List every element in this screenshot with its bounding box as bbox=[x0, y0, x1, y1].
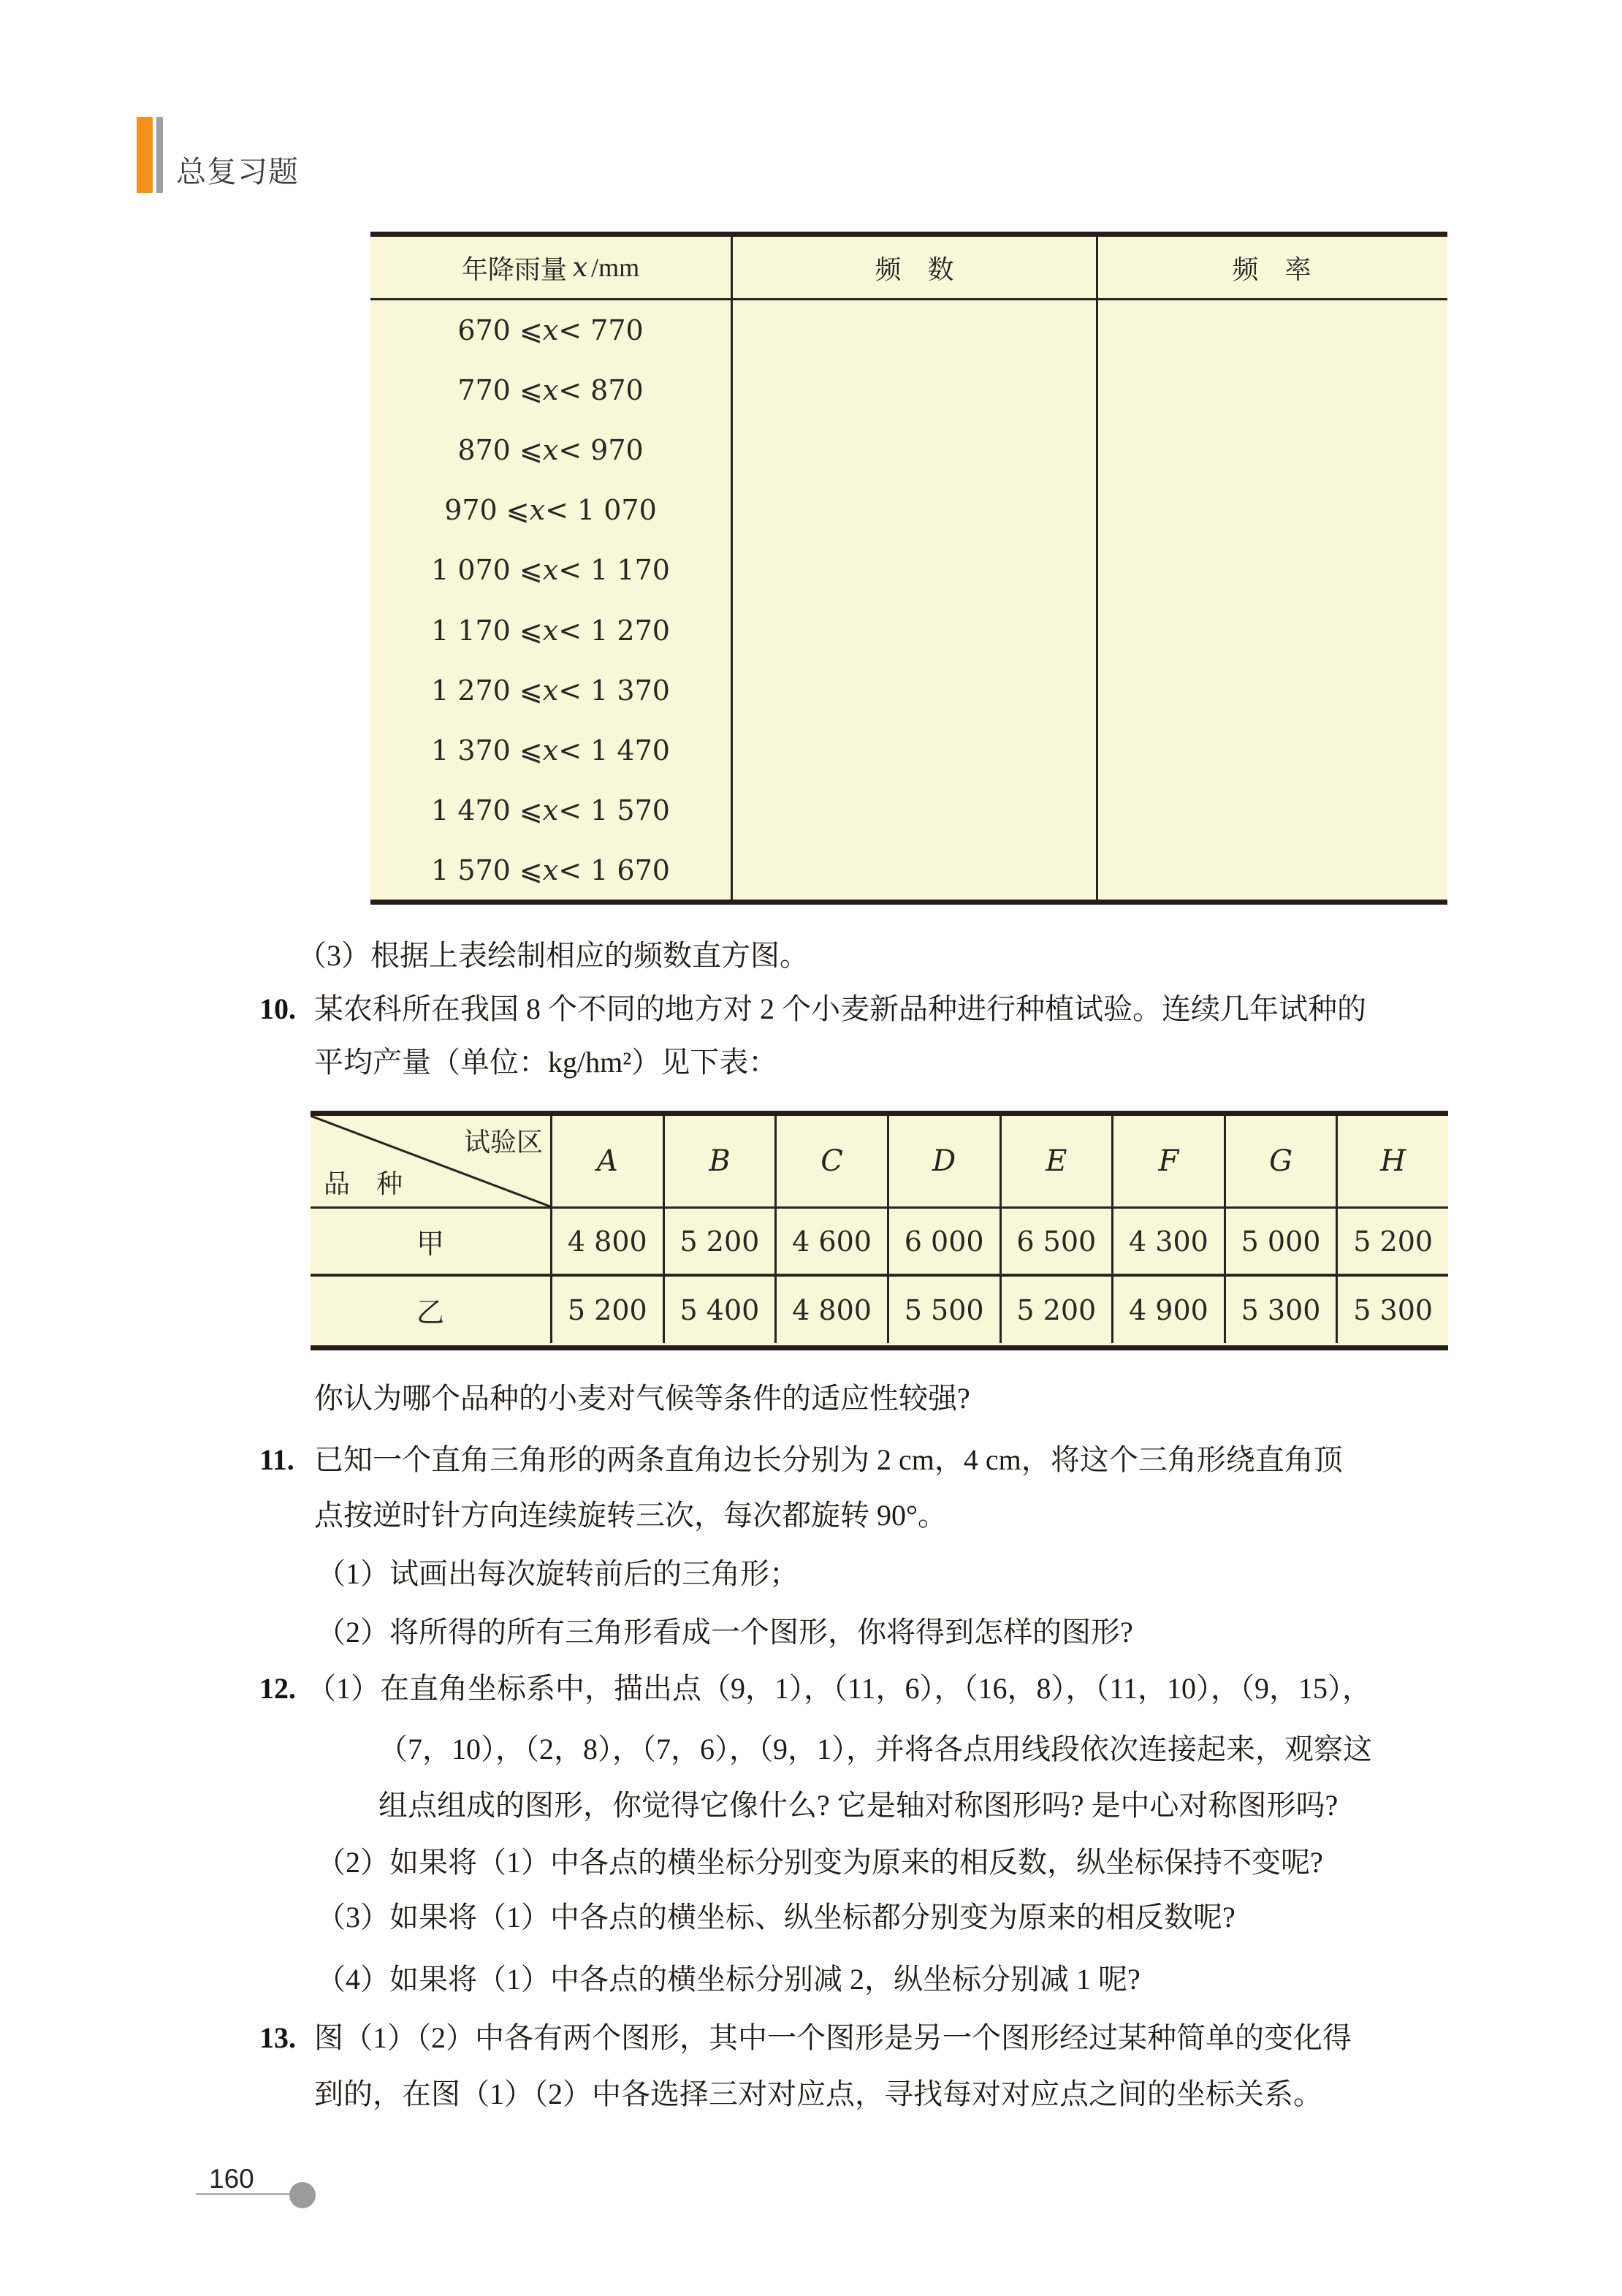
problem-12-sub3: （3）如果将（1）中各点的横坐标、纵坐标都分别变为原来的相反数呢? bbox=[316, 1899, 1235, 1936]
rainfall-frequency-table: 年降雨量x/mm 频 数 频 率 670 ⩽ x < 770 770 ⩽ x <… bbox=[370, 232, 1447, 905]
rainfall-range-cell: 670 ⩽ x < 770 bbox=[370, 300, 731, 360]
frequency-count-cell-empty bbox=[731, 540, 1096, 600]
wheat-yield-table: 试验区 品 种 A B C D E F G H 甲 4 800 5 200 4 … bbox=[311, 1111, 1448, 1350]
frequency-rate-cell-empty bbox=[1096, 540, 1445, 600]
diagonal-corner-cell: 试验区 品 种 bbox=[311, 1116, 550, 1206]
frequency-count-header-cell: 频 数 bbox=[731, 237, 1096, 298]
rainfall-header-label: 年降雨量 bbox=[462, 249, 567, 286]
yield-cell: 5 200 bbox=[550, 1277, 663, 1343]
frequency-rate-cell-empty bbox=[1096, 661, 1445, 721]
rainfall-table-header-row: 年降雨量x/mm 频 数 频 率 bbox=[370, 237, 1447, 300]
column-letter-E: E bbox=[1000, 1116, 1112, 1206]
yield-cell: 5 200 bbox=[1336, 1209, 1448, 1274]
item3-tag: （3） bbox=[297, 939, 370, 972]
variety-name-cell: 乙 bbox=[311, 1277, 550, 1343]
problem-10-line2: 平均产量（单位：kg/hm²）见下表： bbox=[314, 1044, 777, 1081]
rainfall-range-cell: 1 070 ⩽ x < 1 170 bbox=[370, 540, 731, 600]
rainfall-header-unit: /mm bbox=[591, 252, 639, 283]
column-letter-H: H bbox=[1336, 1116, 1448, 1206]
frequency-rate-cell-empty bbox=[1096, 420, 1445, 480]
rainfall-range-cell: 770 ⩽ x < 870 bbox=[370, 360, 731, 420]
frequency-count-cell-empty bbox=[731, 480, 1096, 540]
frequency-rate-cell-empty bbox=[1096, 360, 1445, 420]
problem-11-number: 11. bbox=[259, 1442, 294, 1478]
rainfall-header-cell: 年降雨量x/mm bbox=[370, 237, 731, 298]
yield-cell: 6 500 bbox=[1000, 1209, 1112, 1274]
yield-cell: 6 000 bbox=[887, 1209, 1000, 1274]
table-row: 870 ⩽ x < 970 bbox=[370, 420, 1447, 480]
problem-12-line3: 组点组成的图形，你觉得它像什么? 它是轴对称图形吗? 是中心对称图形吗? bbox=[378, 1787, 1338, 1824]
problem-11-line1: 已知一个直角三角形的两条直角边长分别为 2 cm，4 cm，将这个三角形绕直角顶 bbox=[314, 1442, 1343, 1478]
table-row: 1 570 ⩽ x < 1 670 bbox=[370, 840, 1447, 900]
page-title: 总复习题 bbox=[176, 154, 299, 189]
yield-cell: 4 800 bbox=[550, 1209, 663, 1274]
header-accent-gray-bar bbox=[156, 117, 163, 193]
yield-cell: 5 000 bbox=[1224, 1209, 1336, 1274]
rainfall-range-cell: 1 170 ⩽ x < 1 270 bbox=[370, 600, 731, 660]
frequency-count-cell-empty bbox=[731, 840, 1096, 900]
yield-cell: 5 300 bbox=[1224, 1277, 1336, 1343]
column-letter-A: A bbox=[550, 1116, 663, 1206]
column-letter-C: C bbox=[774, 1116, 887, 1206]
rainfall-range-cell: 970 ⩽ x < 1 070 bbox=[370, 480, 731, 540]
corner-label-test-area: 试验区 bbox=[464, 1122, 543, 1159]
table-row: 1 170 ⩽ x < 1 270 bbox=[370, 600, 1447, 660]
problem-11-sub2: （2）将所得的所有三角形看成一个图形，你将得到怎样的图形? bbox=[316, 1614, 1133, 1651]
problem-12-sub4: （4）如果将（1）中各点的横坐标分别减 2，纵坐标分别减 1 呢? bbox=[316, 1961, 1141, 1998]
problem-13-line1: 图（1）（2）中各有两个图形，其中一个图形是另一个图形经过某种简单的变化得 bbox=[314, 2020, 1352, 2056]
table-row: 770 ⩽ x < 870 bbox=[370, 360, 1447, 420]
textbook-page: 总复习题 年降雨量x/mm 频 数 频 率 670 ⩽ x < 770 770 … bbox=[0, 0, 1622, 2296]
rainfall-range-cell: 1 570 ⩽ x < 1 670 bbox=[370, 840, 731, 900]
problem-12-line1: （1）在直角坐标系中，描出点（9，1），（11，6），（16，8），（11，10… bbox=[307, 1670, 1371, 1707]
problem-12-number: 12. bbox=[259, 1670, 296, 1707]
variety-name-cell: 甲 bbox=[311, 1209, 550, 1274]
frequency-count-cell-empty bbox=[731, 600, 1096, 660]
rainfall-range-cell: 1 370 ⩽ x < 1 470 bbox=[370, 721, 731, 780]
frequency-count-cell-empty bbox=[731, 721, 1096, 780]
frequency-rate-cell-empty bbox=[1096, 480, 1445, 540]
rainfall-range-cell: 1 470 ⩽ x < 1 570 bbox=[370, 780, 731, 840]
frequency-count-cell-empty bbox=[731, 420, 1096, 480]
yield-cell: 4 900 bbox=[1111, 1277, 1224, 1343]
frequency-count-cell-empty bbox=[731, 300, 1096, 360]
problem-10-line1: 某农科所在我国 8 个不同的地方对 2 个小麦新品种进行种植试验。连续几年试种的 bbox=[314, 991, 1366, 1027]
yield-cell: 5 300 bbox=[1336, 1277, 1448, 1343]
variety-jia-row: 甲 4 800 5 200 4 600 6 000 6 500 4 300 5 … bbox=[311, 1209, 1448, 1277]
yield-cell: 4 600 bbox=[774, 1209, 887, 1274]
frequency-rate-cell-empty bbox=[1096, 721, 1445, 780]
page-number: 160 bbox=[209, 2164, 254, 2194]
problem-11-line2: 点按逆时针方向连续旋转三次，每次都旋转 90°。 bbox=[314, 1497, 947, 1534]
yield-cell: 5 200 bbox=[1000, 1277, 1112, 1343]
column-letter-D: D bbox=[887, 1116, 1000, 1206]
variety-yi-row: 乙 5 200 5 400 4 800 5 500 5 200 4 900 5 … bbox=[311, 1277, 1448, 1343]
yield-cell: 4 800 bbox=[774, 1277, 887, 1343]
table-row: 1 370 ⩽ x < 1 470 bbox=[370, 721, 1447, 780]
problem-12-line2: （7，10），（2，8），（7，6），（9，1），并将各点用线段依次连接起来，观… bbox=[378, 1731, 1372, 1768]
frequency-count-cell-empty bbox=[731, 661, 1096, 721]
table-row: 1 470 ⩽ x < 1 570 bbox=[370, 780, 1447, 840]
footer-line bbox=[196, 2193, 292, 2195]
problem-13-number: 13. bbox=[259, 2020, 296, 2056]
problem-10-question: 你认为哪个品种的小麦对气候等条件的适应性较强? bbox=[314, 1380, 970, 1417]
column-letter-F: F bbox=[1111, 1116, 1224, 1206]
corner-label-variety: 品 种 bbox=[324, 1163, 403, 1201]
frequency-rate-cell-empty bbox=[1096, 840, 1445, 900]
yield-cell: 4 300 bbox=[1111, 1209, 1224, 1274]
frequency-count-cell-empty bbox=[731, 780, 1096, 840]
table-row: 670 ⩽ x < 770 bbox=[370, 300, 1447, 360]
footer-dot bbox=[289, 2182, 316, 2208]
column-letter-B: B bbox=[663, 1116, 775, 1206]
rainfall-range-cell: 870 ⩽ x < 970 bbox=[370, 420, 731, 480]
frequency-rate-cell-empty bbox=[1096, 300, 1445, 360]
frequency-rate-header-cell: 频 率 bbox=[1096, 237, 1445, 298]
frequency-rate-cell-empty bbox=[1096, 600, 1445, 660]
header-accent-orange-bar bbox=[137, 117, 153, 193]
frequency-count-cell-empty bbox=[731, 360, 1096, 420]
problem-11-sub1: （1）试画出每次旋转前后的三角形； bbox=[316, 1556, 799, 1592]
item3-text: 根据上表绘制相应的频数直方图。 bbox=[370, 939, 809, 972]
item3-line: （3）根据上表绘制相应的频数直方图。 bbox=[297, 938, 809, 974]
yield-cell: 5 500 bbox=[887, 1277, 1000, 1343]
table-row: 1 070 ⩽ x < 1 170 bbox=[370, 540, 1447, 600]
problem-12-sub2: （2）如果将（1）中各点的横坐标分别变为原来的相反数，纵坐标保持不变呢? bbox=[316, 1844, 1323, 1881]
table-row: 970 ⩽ x < 1 070 bbox=[370, 480, 1447, 540]
wheat-table-header-row: 试验区 品 种 A B C D E F G H bbox=[311, 1116, 1448, 1209]
rainfall-header-variable: x bbox=[573, 253, 587, 283]
table-row: 1 270 ⩽ x < 1 370 bbox=[370, 661, 1447, 721]
rainfall-range-cell: 1 270 ⩽ x < 1 370 bbox=[370, 661, 731, 721]
problem-13-line2: 到的，在图（1）（2）中各选择三对对应点，寻找每对对应点之间的坐标关系。 bbox=[314, 2076, 1322, 2113]
column-letter-G: G bbox=[1224, 1116, 1336, 1206]
frequency-rate-cell-empty bbox=[1096, 780, 1445, 840]
problem-10-number: 10. bbox=[259, 991, 296, 1027]
yield-cell: 5 200 bbox=[663, 1209, 775, 1274]
yield-cell: 5 400 bbox=[663, 1277, 775, 1343]
